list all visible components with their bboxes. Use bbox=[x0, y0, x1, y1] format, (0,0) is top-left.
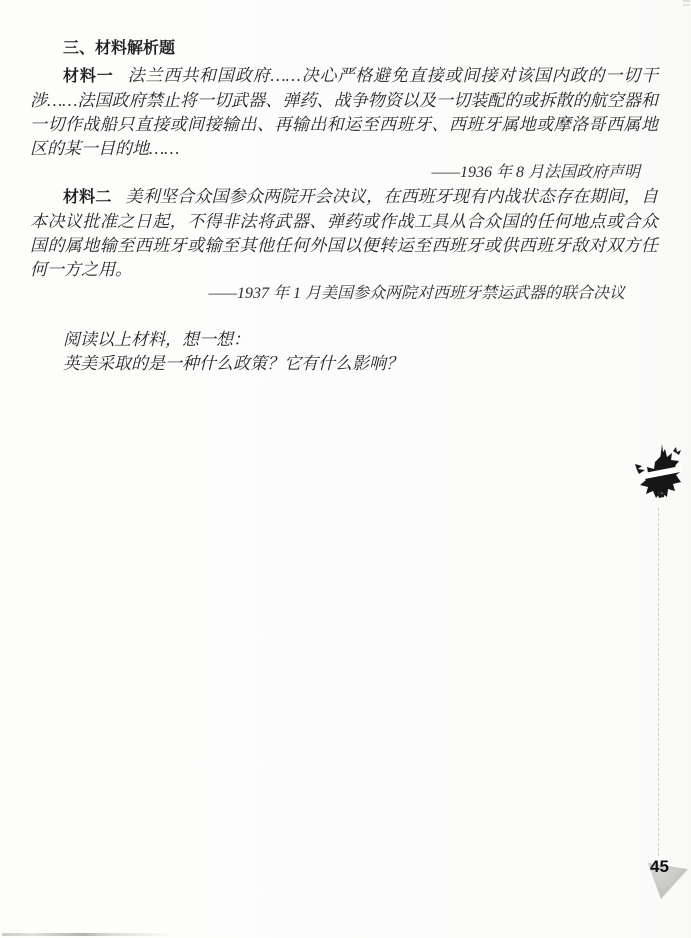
material-2-text: 美利坚合众国参众两院开会决议，在西班牙现有内战状态存在期间，自本决议批准之日起，… bbox=[30, 187, 658, 279]
material-1-text: 法兰西共和国政府……决心严格避免直接或间接对该国内政的一切干涉……法国政府禁止将… bbox=[30, 66, 658, 158]
scan-corner-artifact bbox=[683, 0, 690, 9]
question-intro: 阅读以上材料，想一想： bbox=[30, 328, 658, 352]
questions-block: 阅读以上材料，想一想： 英美采取的是一种什么政策？它有什么影响？ bbox=[30, 328, 658, 376]
material-1-label: 材料一 bbox=[63, 68, 114, 85]
page-content: 三、材料解析题 材料一法兰西共和国政府……决心严格避免直接或间接对该国内政的一切… bbox=[30, 40, 658, 376]
scanned-textbook-page: 三、材料解析题 材料一法兰西共和国政府……决心严格避免直接或间接对该国内政的一切… bbox=[0, 0, 691, 938]
material-1-citation: ——1936 年 8 月法国政府声明 bbox=[30, 161, 658, 185]
ink-blot-ornament-icon bbox=[633, 443, 689, 507]
section-heading: 三、材料解析题 bbox=[30, 40, 658, 58]
material-1-paragraph: 材料一法兰西共和国政府……决心严格避免直接或间接对该国内政的一切干涉……法国政府… bbox=[30, 64, 658, 161]
margin-rule-line bbox=[658, 508, 659, 856]
question-text: 英美采取的是一种什么政策？它有什么影响？ bbox=[30, 352, 658, 376]
page-number: 45 bbox=[650, 857, 669, 877]
material-2-paragraph: 材料二美利坚合众国参众两院开会决议，在西班牙现有内战状态存在期间，自本决议批准之… bbox=[30, 185, 658, 282]
material-2-citation: ——1937 年 1 月美国参众两院对西班牙禁运武器的联合决议 bbox=[30, 282, 658, 306]
material-2-label: 材料二 bbox=[63, 189, 112, 206]
scan-smudge bbox=[2, 933, 172, 936]
